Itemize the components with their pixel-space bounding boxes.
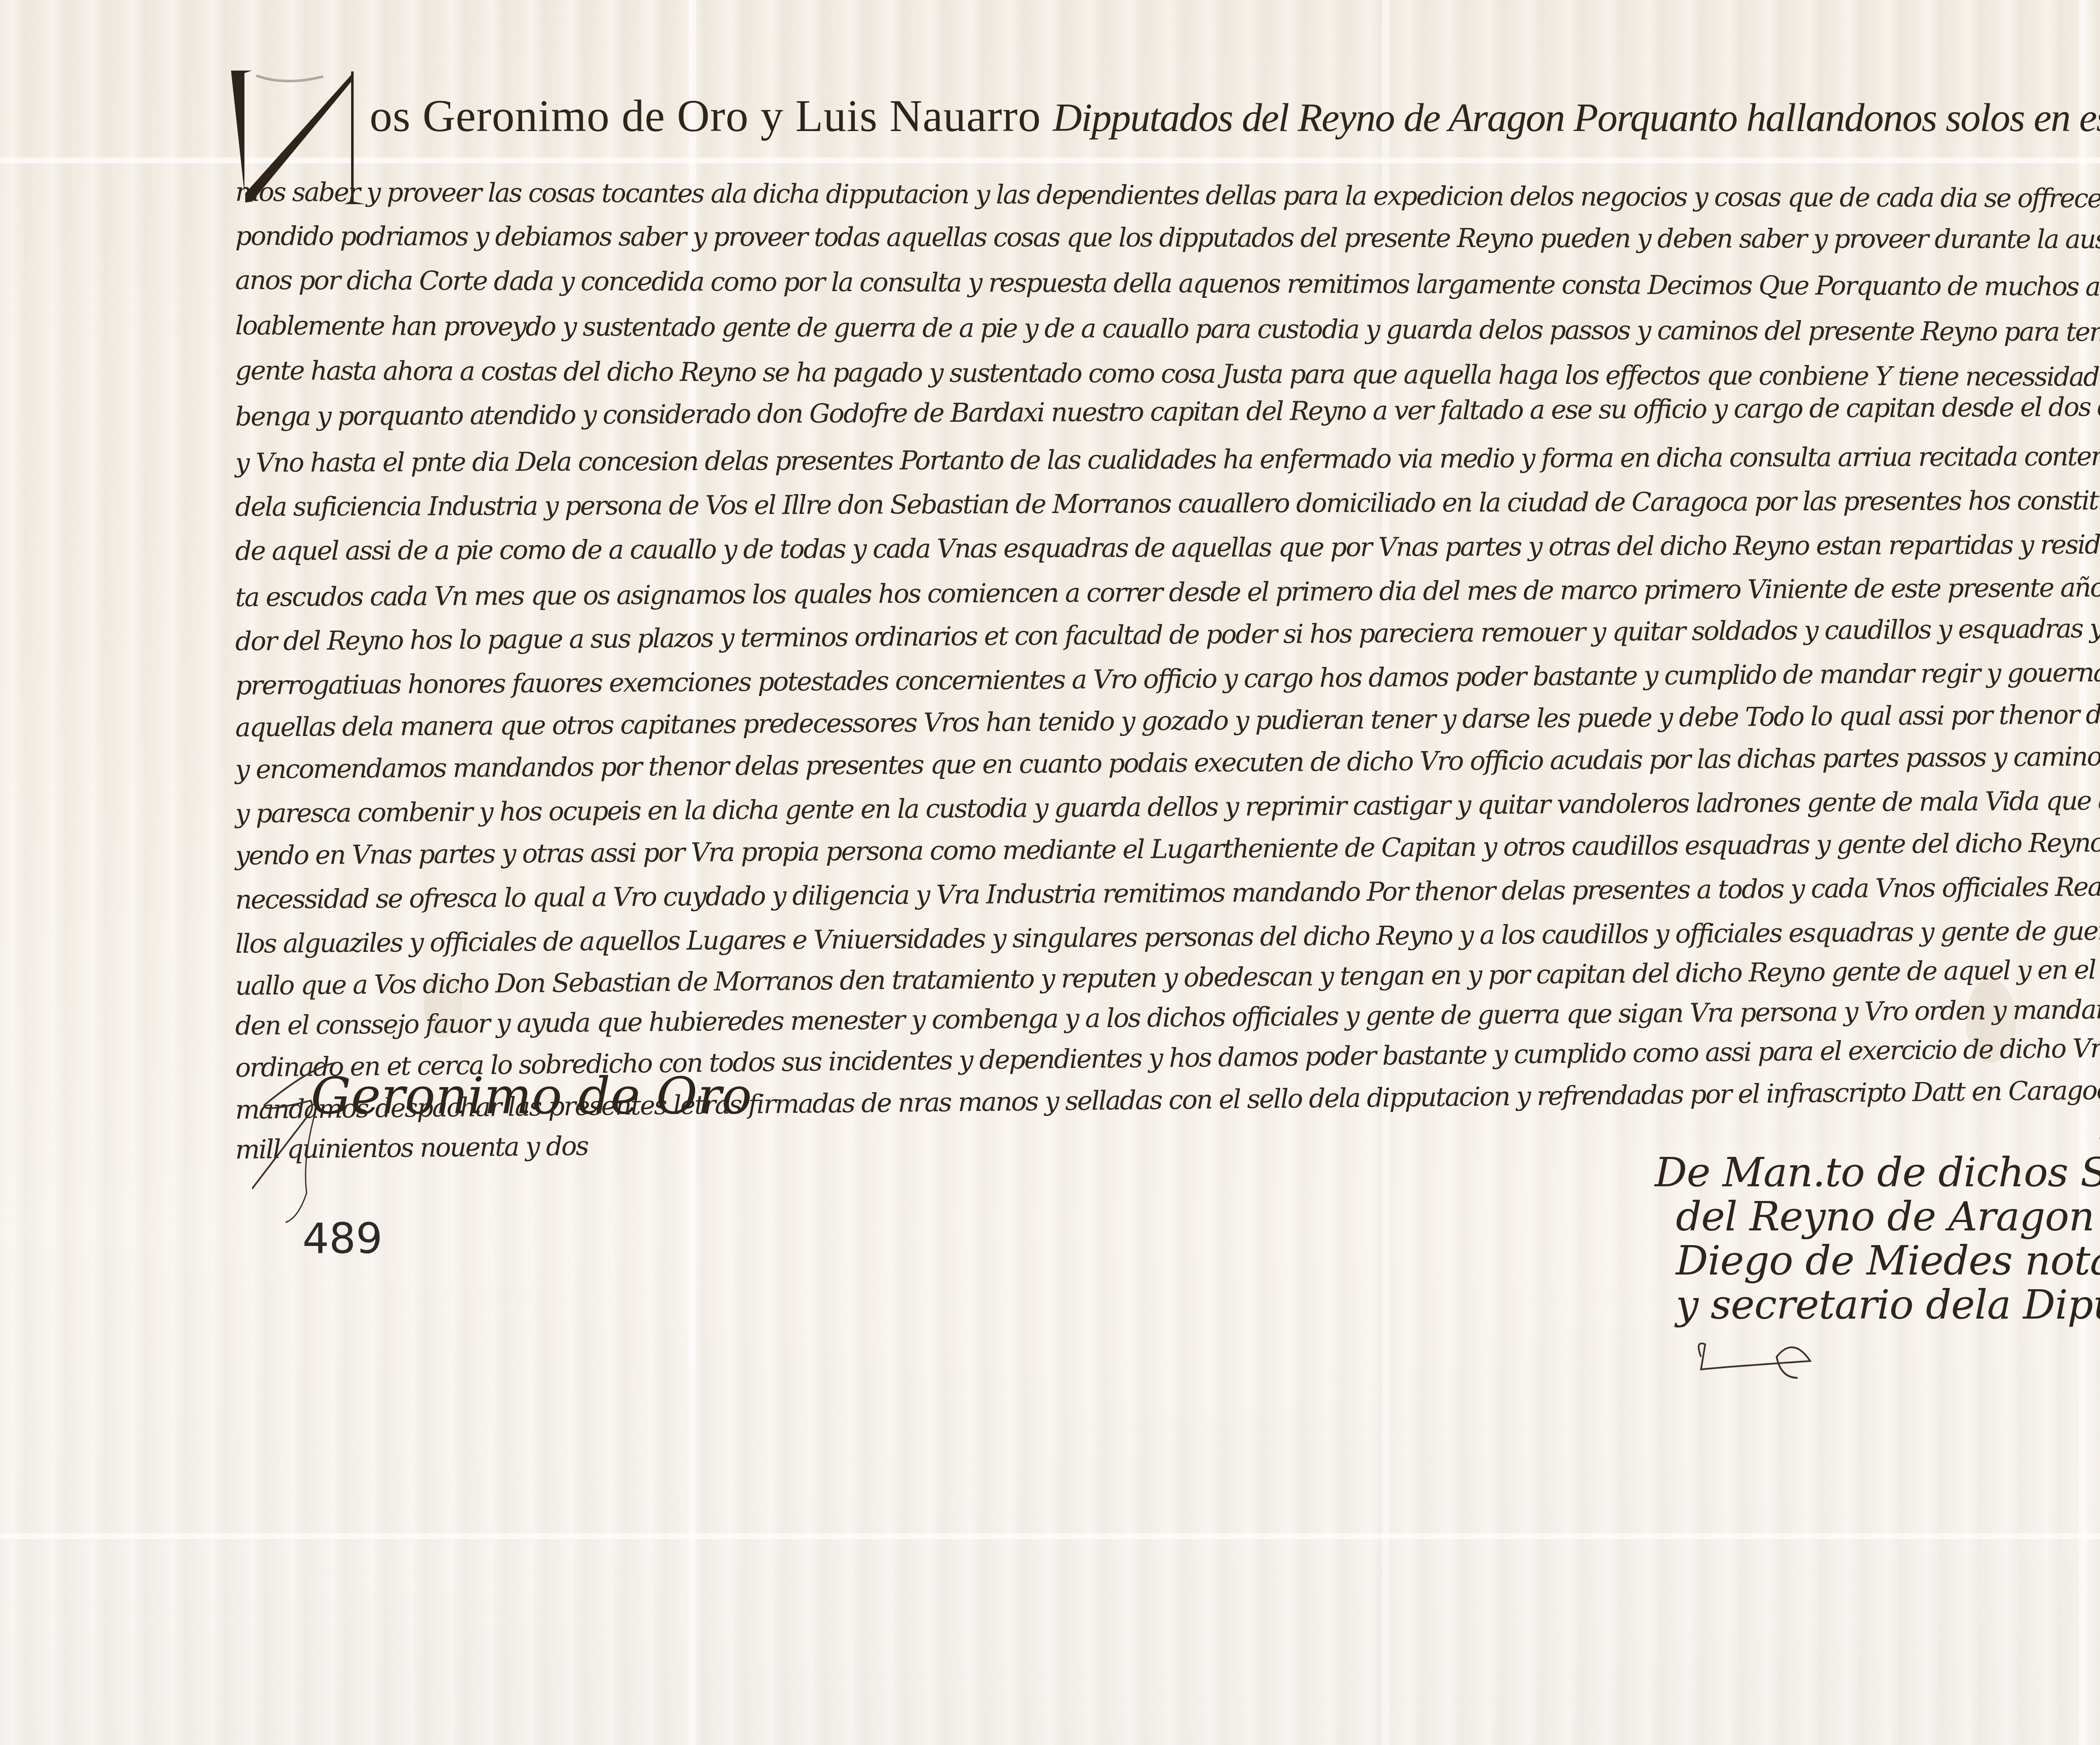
body-line: loablemente han proveydo y sustentado ge… (235, 310, 2100, 351)
body-line: y paresca combenir y hos ocupeis en la d… (235, 781, 2100, 829)
body-line: pondido podriamos y debiamos saber y pro… (235, 221, 2100, 256)
folio-number: 489 (302, 1214, 383, 1263)
signature-flourish-icon (252, 1050, 462, 1227)
manuscript-sheet: os Geronimo de Oro y Luis Nauarro Dipput… (0, 0, 2100, 1745)
attestation-line: y secretario dela Diputacion (1676, 1281, 2100, 1328)
body-line: gente hasta ahora a costas del dicho Rey… (235, 355, 2100, 395)
paper-fold-horizontal (0, 1533, 2100, 1539)
body-line: yendo en Vnas partes y otras assi por Vr… (235, 823, 2100, 871)
heading-continuation: Dipputados del Reyno de Aragon Porquanto… (1053, 95, 2100, 140)
body-line: dela suficiencia Industria y persona de … (235, 482, 2100, 522)
body-line: necessidad se ofresca lo qual a Vro cuyd… (235, 868, 2100, 915)
paper-fold-vertical (1382, 0, 1389, 1745)
body-line: benga y porquanto atendido y considerado… (235, 387, 2100, 432)
body-line: aquellas dela manera que otros capitanes… (235, 697, 2100, 743)
notary-flourish-icon (1693, 1332, 1819, 1382)
body-line: ta escudos cada Vn mes que os asignamos … (235, 568, 2100, 612)
body-line: dor del Reyno hos lo pague a sus plazos … (235, 607, 2100, 657)
body-line: uallo que a Vos dicho Don Sebastian de M… (235, 950, 2100, 1001)
body-line: prerrogatiuas honores fauores exemciones… (235, 653, 2100, 701)
body-line: y encomendamos mandandos por thenor dela… (235, 737, 2100, 785)
paper-fold-vertical (689, 0, 696, 1745)
body-line: llos alguaziles y officiales de aquellos… (235, 912, 2100, 959)
body-line: mos saber y proveer las cosas tocantes a… (235, 176, 2100, 217)
heading-names: os Geronimo de Oro y Luis Nauarro (370, 91, 1041, 141)
body-line: anos por dicha Corte dada y concedida co… (235, 265, 2100, 306)
attestation-line: Diego de Miedes notario ex.o (1676, 1237, 2100, 1284)
body-line: de aquel assi de a pie como de a cauallo… (235, 526, 2100, 566)
document-heading: os Geronimo de Oro y Luis Nauarro Dipput… (370, 90, 2100, 142)
attestation-line: De Man.to de dichos SS. Diputados (1655, 1149, 2100, 1196)
attestation-line: del Reyno de Aragon (1676, 1193, 2094, 1240)
body-line: y Vno hasta el pnte dia Dela concesion d… (235, 438, 2100, 478)
